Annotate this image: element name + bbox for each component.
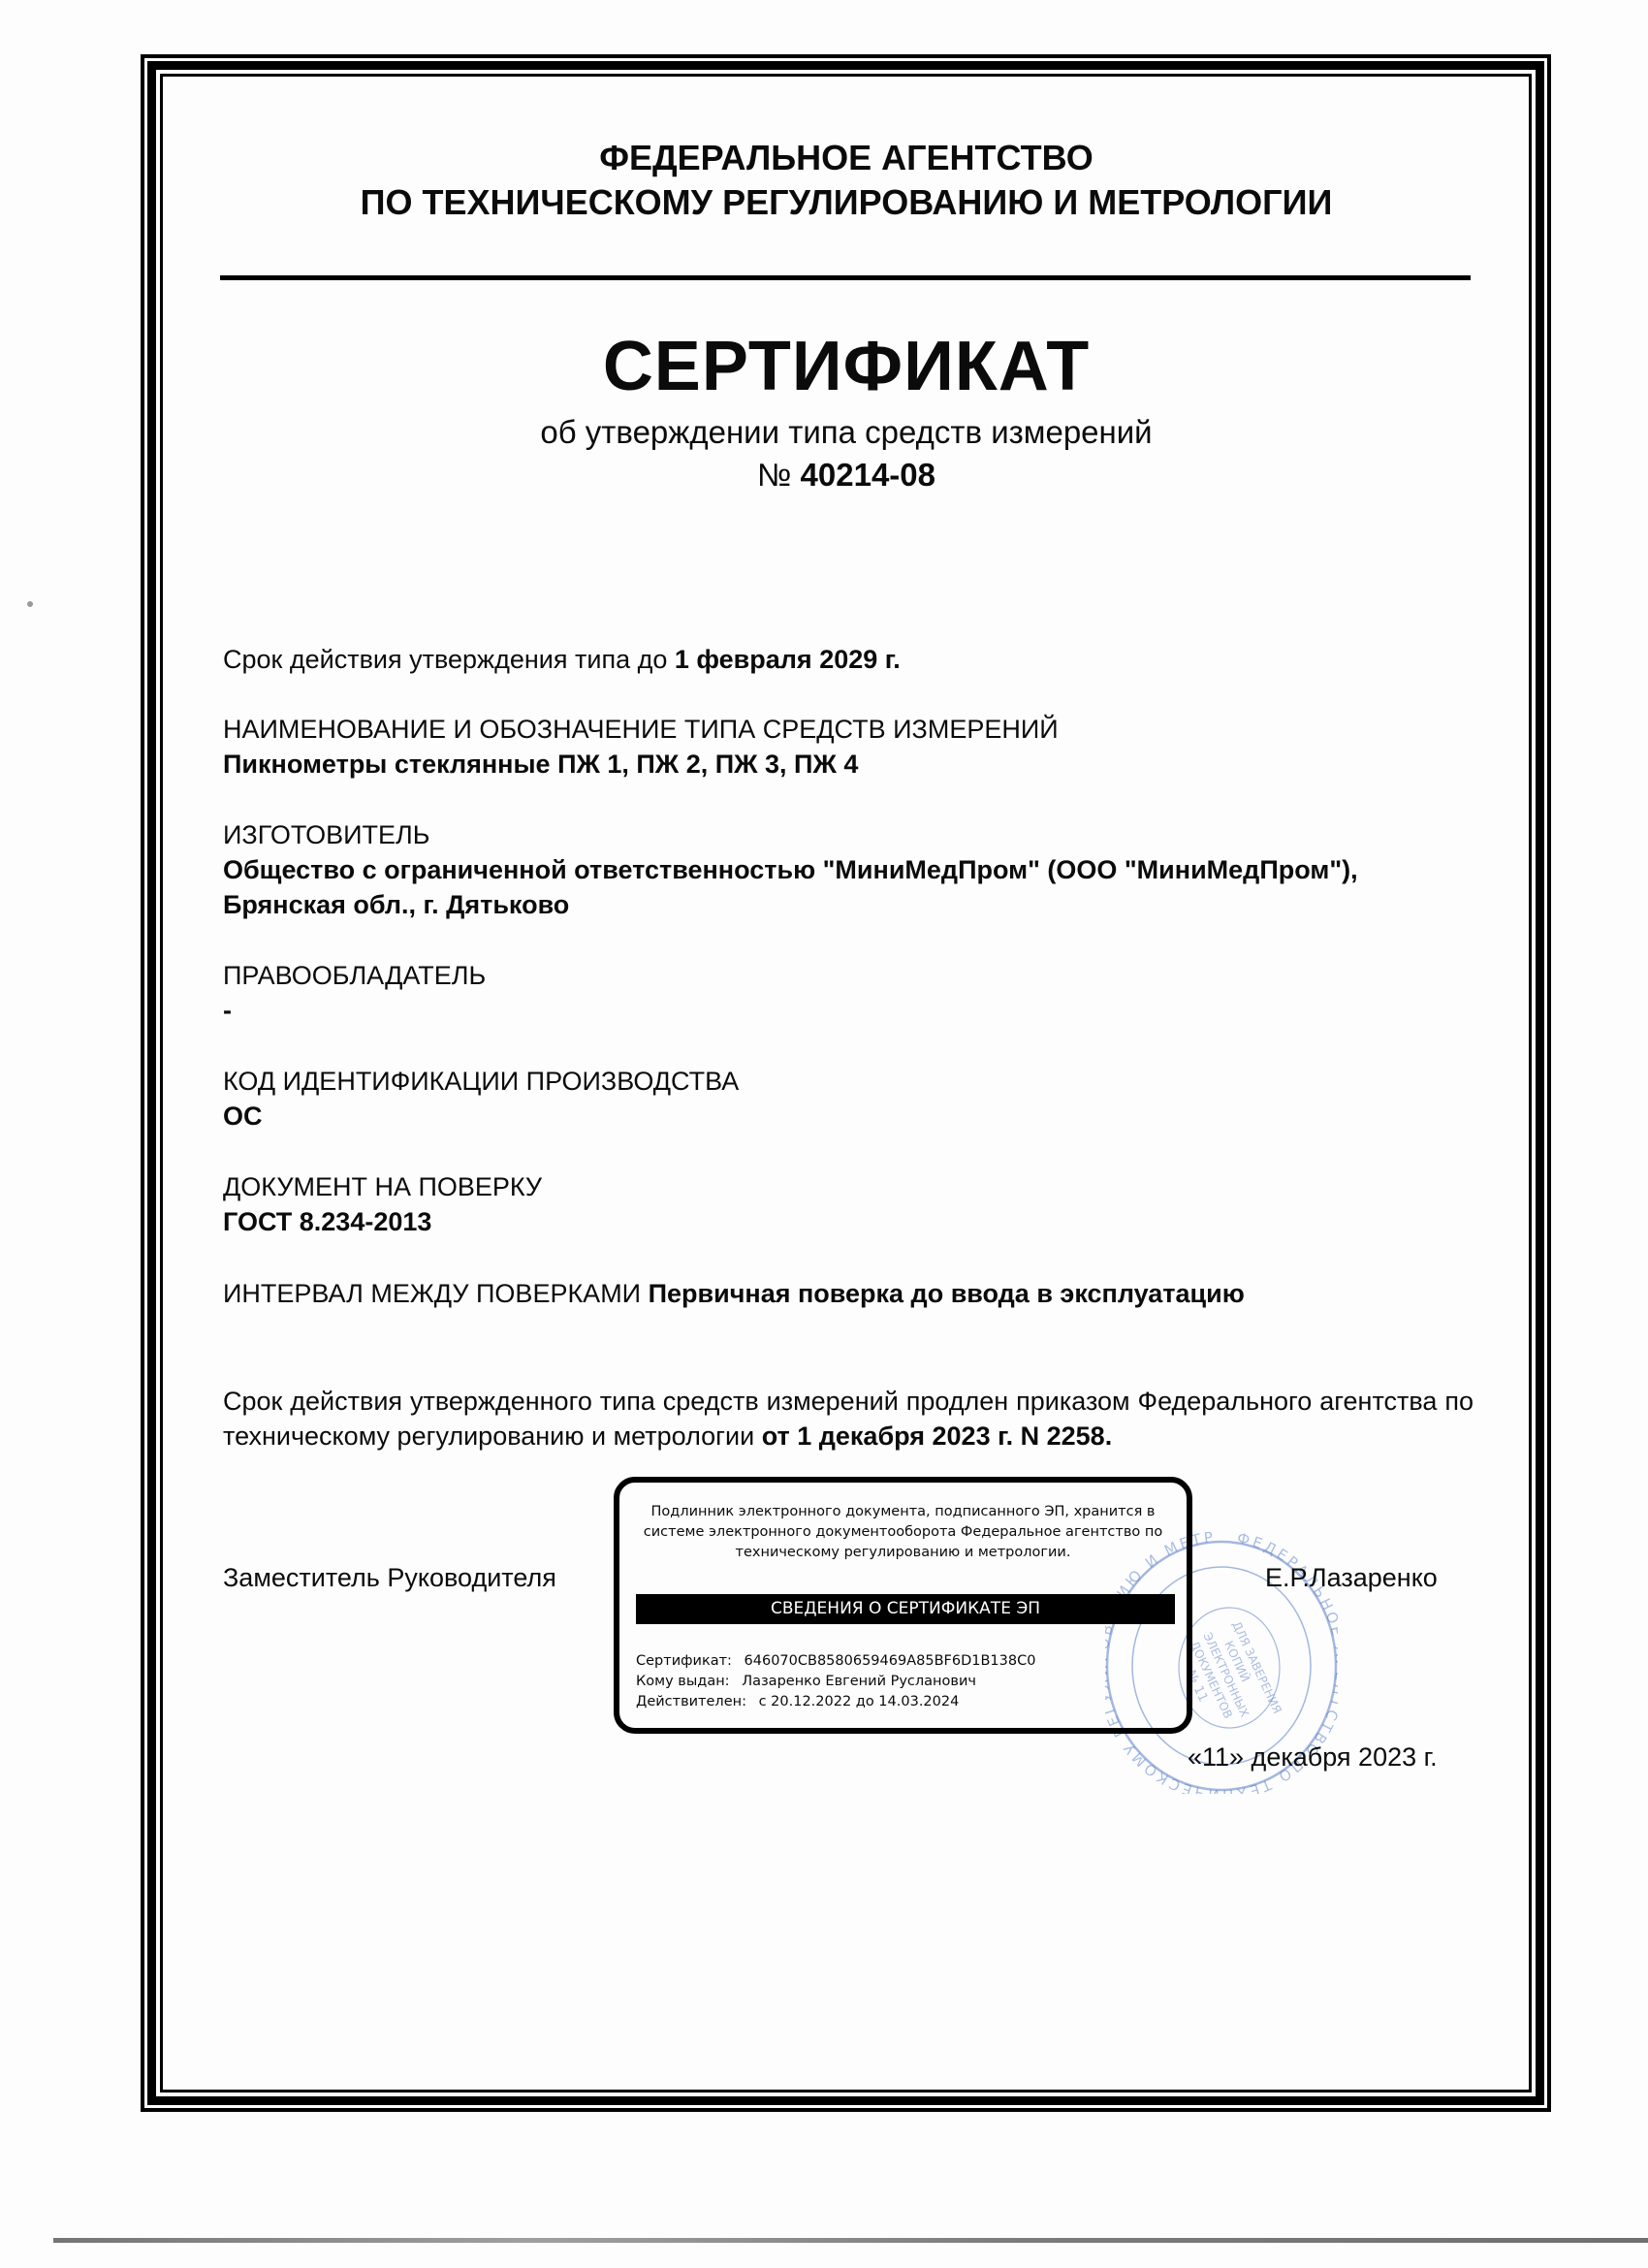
validity-label: Срок действия утверждения типа до — [223, 645, 667, 674]
field-verification-interval: ИНТЕРВАЛ МЕЖДУ ПОВЕРКАМИ Первичная повер… — [223, 1276, 1474, 1311]
agency-line-1: ФЕДЕРАЛЬНОЕ АГЕНТСТВО — [161, 136, 1532, 180]
field-value: ОС — [223, 1099, 1474, 1134]
field-value: Пикнометры стеклянные ПЖ 1, ПЖ 2, ПЖ 3, … — [223, 747, 1474, 782]
cert-serial-value: 646070CB8580659469A85BF6D1B138C0 — [745, 1653, 1036, 1669]
field-label: ДОКУМЕНТ НА ПОВЕРКУ — [223, 1169, 1474, 1204]
e-signature-note: Подлинник электронного документа, подпис… — [619, 1502, 1187, 1563]
valid-period-value: с 20.12.2022 до 14.03.2024 — [759, 1694, 960, 1709]
field-value: - — [223, 993, 1474, 1028]
validity-period: Срок действия утверждения типа до 1 февр… — [223, 642, 1474, 677]
agency-name: ФЕДЕРАЛЬНОЕ АГЕНТСТВО ПО ТЕХНИЧЕСКОМУ РЕ… — [161, 136, 1532, 225]
e-signature-details: Сертификат: 646070CB8580659469A85BF6D1B1… — [636, 1651, 1035, 1712]
certificate-title: СЕРТИФИКАТ — [161, 328, 1532, 405]
extension-notice: Срок действия утвержденного типа средств… — [223, 1384, 1474, 1453]
interval-value: Первичная поверка до ввода в эксплуатаци… — [649, 1279, 1245, 1308]
valid-period-row: Действителен: с 20.12.2022 до 14.03.2024 — [636, 1692, 1035, 1712]
field-verification-doc: ДОКУМЕНТ НА ПОВЕРКУ ГОСТ 8.234-2013 — [223, 1169, 1474, 1239]
signature-date: «11» декабря 2023 г. — [1188, 1741, 1438, 1773]
field-label: ИЗГОТОВИТЕЛЬ — [223, 817, 1474, 852]
issued-to-label: Кому выдан: — [636, 1674, 730, 1689]
cert-serial-row: Сертификат: 646070CB8580659469A85BF6D1B1… — [636, 1651, 1035, 1672]
valid-period-label: Действителен: — [636, 1694, 746, 1709]
field-value-line-2: Брянская обл., г. Дятьково — [223, 887, 1474, 922]
field-label: ПРАВООБЛАДАТЕЛЬ — [223, 958, 1474, 993]
field-label: НАИМЕНОВАНИЕ И ОБОЗНАЧЕНИЕ ТИПА СРЕДСТВ … — [223, 712, 1474, 747]
certificate-subtitle: об утверждении типа средств измерений — [161, 413, 1532, 452]
interval-label: ИНТЕРВАЛ МЕЖДУ ПОВЕРКАМИ — [223, 1279, 641, 1308]
validity-value: 1 февраля 2029 г. — [675, 645, 901, 674]
number-sign: № — [757, 457, 791, 493]
scan-page-edge — [53, 2238, 1648, 2243]
field-type-name: НАИМЕНОВАНИЕ И ОБОЗНАЧЕНИЕ ТИПА СРЕДСТВ … — [223, 712, 1474, 782]
field-value: Общество с ограниченной ответственностью… — [223, 852, 1474, 887]
e-signature-banner: СВЕДЕНИЯ О СЕРТИФИКАТЕ ЭП — [636, 1594, 1175, 1624]
certificate-number: № 40214-08 — [161, 456, 1532, 495]
field-label: КОД ИДЕНТИФИКАЦИИ ПРОИЗВОДСТВА — [223, 1064, 1474, 1099]
field-manufacturer: ИЗГОТОВИТЕЛЬ Общество с ограниченной отв… — [223, 817, 1474, 922]
signer-name: Е.Р.Лазаренко — [1265, 1561, 1438, 1594]
electronic-signature-box: Подлинник электронного документа, подпис… — [614, 1477, 1192, 1734]
certificate-number-value: 40214-08 — [801, 457, 935, 493]
header-divider — [220, 275, 1471, 280]
signer-position: Заместитель Руководителя — [223, 1561, 556, 1594]
cert-serial-label: Сертификат: — [636, 1653, 732, 1669]
field-production-code: КОД ИДЕНТИФИКАЦИИ ПРОИЗВОДСТВА ОС — [223, 1064, 1474, 1134]
extension-order: от 1 декабря 2023 г. N 2258. — [762, 1421, 1113, 1451]
field-rights-holder: ПРАВООБЛАДАТЕЛЬ - — [223, 958, 1474, 1028]
agency-line-2: ПО ТЕХНИЧЕСКОМУ РЕГУЛИРОВАНИЮ И МЕТРОЛОГ… — [161, 180, 1532, 225]
scan-speck — [27, 601, 33, 607]
field-value: ГОСТ 8.234-2013 — [223, 1204, 1474, 1239]
issued-to-row: Кому выдан: Лазаренко Евгений Русланович — [636, 1672, 1035, 1692]
issued-to-value: Лазаренко Евгений Русланович — [742, 1674, 976, 1689]
